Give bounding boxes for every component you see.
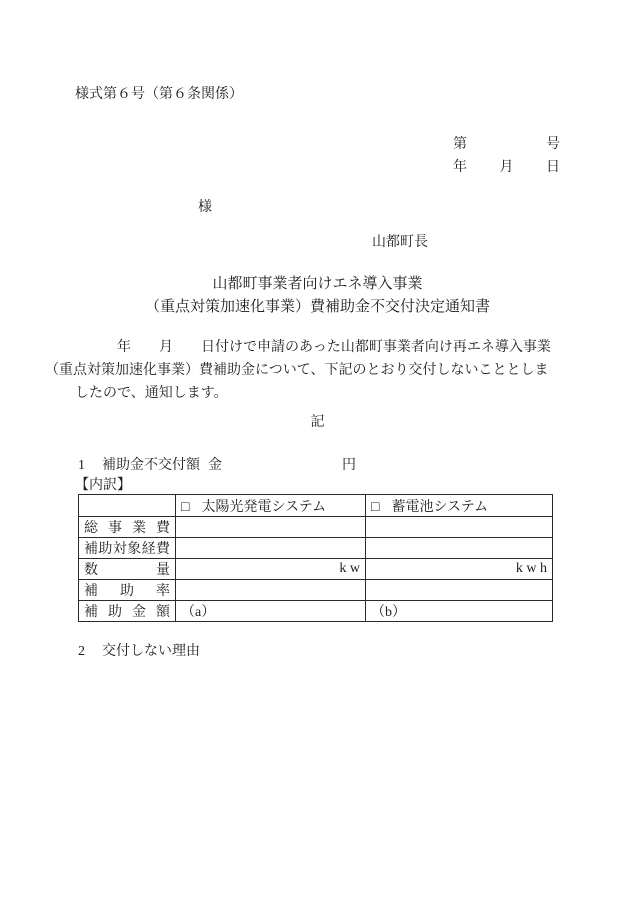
table-row: 数量 k w k w h <box>79 559 553 580</box>
solar-column-label: 太陽光発電システム <box>201 500 326 515</box>
item-1-line: 1 補助金不交付額 金 円 <box>78 454 356 474</box>
battery-column-label: 蓄電池システム <box>391 500 488 515</box>
row-label-cell: 補助率 <box>79 580 176 601</box>
header-solar-cell: □太陽光発電システム <box>176 495 366 517</box>
row-label-cell: 総事業費 <box>79 517 176 538</box>
row-label: 補助対象経費 <box>84 538 170 558</box>
item-1-number: 1 <box>78 458 85 474</box>
doc-number-suffix: 号 <box>546 133 560 153</box>
body-paragraph-line1: 年 月 日付けで申請のあった山都町事業者向け再エネ導入事業 <box>75 336 551 356</box>
row-label: 総事業費 <box>84 517 170 537</box>
date-year-label: 年 <box>453 156 467 176</box>
body-paragraph-line3: したので、通知します。 <box>75 382 228 402</box>
date-day-label: 日 <box>546 156 560 176</box>
table-header-row: □太陽光発電システム □蓄電池システム <box>79 495 553 517</box>
solar-value-cell <box>176 580 366 601</box>
checkbox-icon: □ <box>181 500 189 516</box>
breakdown-heading: 【内訳】 <box>75 474 131 494</box>
date-month-label: 月 <box>500 156 514 176</box>
table-row: 総事業費 <box>79 517 553 538</box>
header-battery-cell: □蓄電池システム <box>366 495 553 517</box>
record-mark: 記 <box>75 411 560 431</box>
header-empty-cell <box>79 495 176 517</box>
row-label-cell: 補助対象経費 <box>79 538 176 559</box>
row-label: 補助金額 <box>84 601 170 621</box>
item-2-label: 交付しない理由 <box>102 640 200 660</box>
table-row: 補助金額 （a） （b） <box>79 601 553 622</box>
battery-value-cell <box>366 538 553 559</box>
item-2-line: 2 交付しない理由 <box>78 640 200 660</box>
date-line: 年 月 日 <box>453 156 560 176</box>
battery-unit-cell: k w h <box>366 559 553 580</box>
table-row: 補助対象経費 <box>79 538 553 559</box>
table-row: 補助率 <box>79 580 553 601</box>
breakdown-table: □太陽光発電システム □蓄電池システム 総事業費 補助対象経費 数量 k w k… <box>78 494 553 622</box>
document-page: 様式第６号（第６条関係） 第 号 年 月 日 様 山都町長 山都町事業者向けエネ… <box>0 0 630 903</box>
document-title-line2: （重点対策加速化事業）費補助金不交付決定通知書 <box>75 295 560 316</box>
row-label: 補助率 <box>84 580 170 600</box>
doc-number-prefix: 第 <box>453 133 467 153</box>
document-number-line: 第 号 <box>453 133 560 153</box>
document-title-line1: 山都町事業者向けエネ導入事業 <box>75 272 560 293</box>
checkbox-icon: □ <box>371 500 379 516</box>
row-label-cell: 補助金額 <box>79 601 176 622</box>
battery-value-cell <box>366 517 553 538</box>
solar-value-cell <box>176 517 366 538</box>
solar-value-cell <box>176 538 366 559</box>
body-paragraph-line2: （重点対策加速化事業）費補助金について、下記のとおり交付しないこととしま <box>45 359 548 379</box>
addressee-honorific: 様 <box>198 196 212 216</box>
solar-amount-cell: （a） <box>176 601 366 622</box>
form-number-label: 様式第６号（第６条関係） <box>75 83 243 103</box>
row-label-cell: 数量 <box>79 559 176 580</box>
item-2-number: 2 <box>78 644 85 660</box>
battery-value-cell <box>366 580 553 601</box>
row-label: 数量 <box>84 559 170 579</box>
amount-unit: 円 <box>342 454 356 474</box>
issuer-name: 山都町長 <box>372 231 428 251</box>
battery-amount-cell: （b） <box>366 601 553 622</box>
item-1-label: 補助金不交付額 <box>102 454 200 474</box>
amount-prefix: 金 <box>208 454 222 474</box>
solar-unit-cell: k w <box>176 559 366 580</box>
